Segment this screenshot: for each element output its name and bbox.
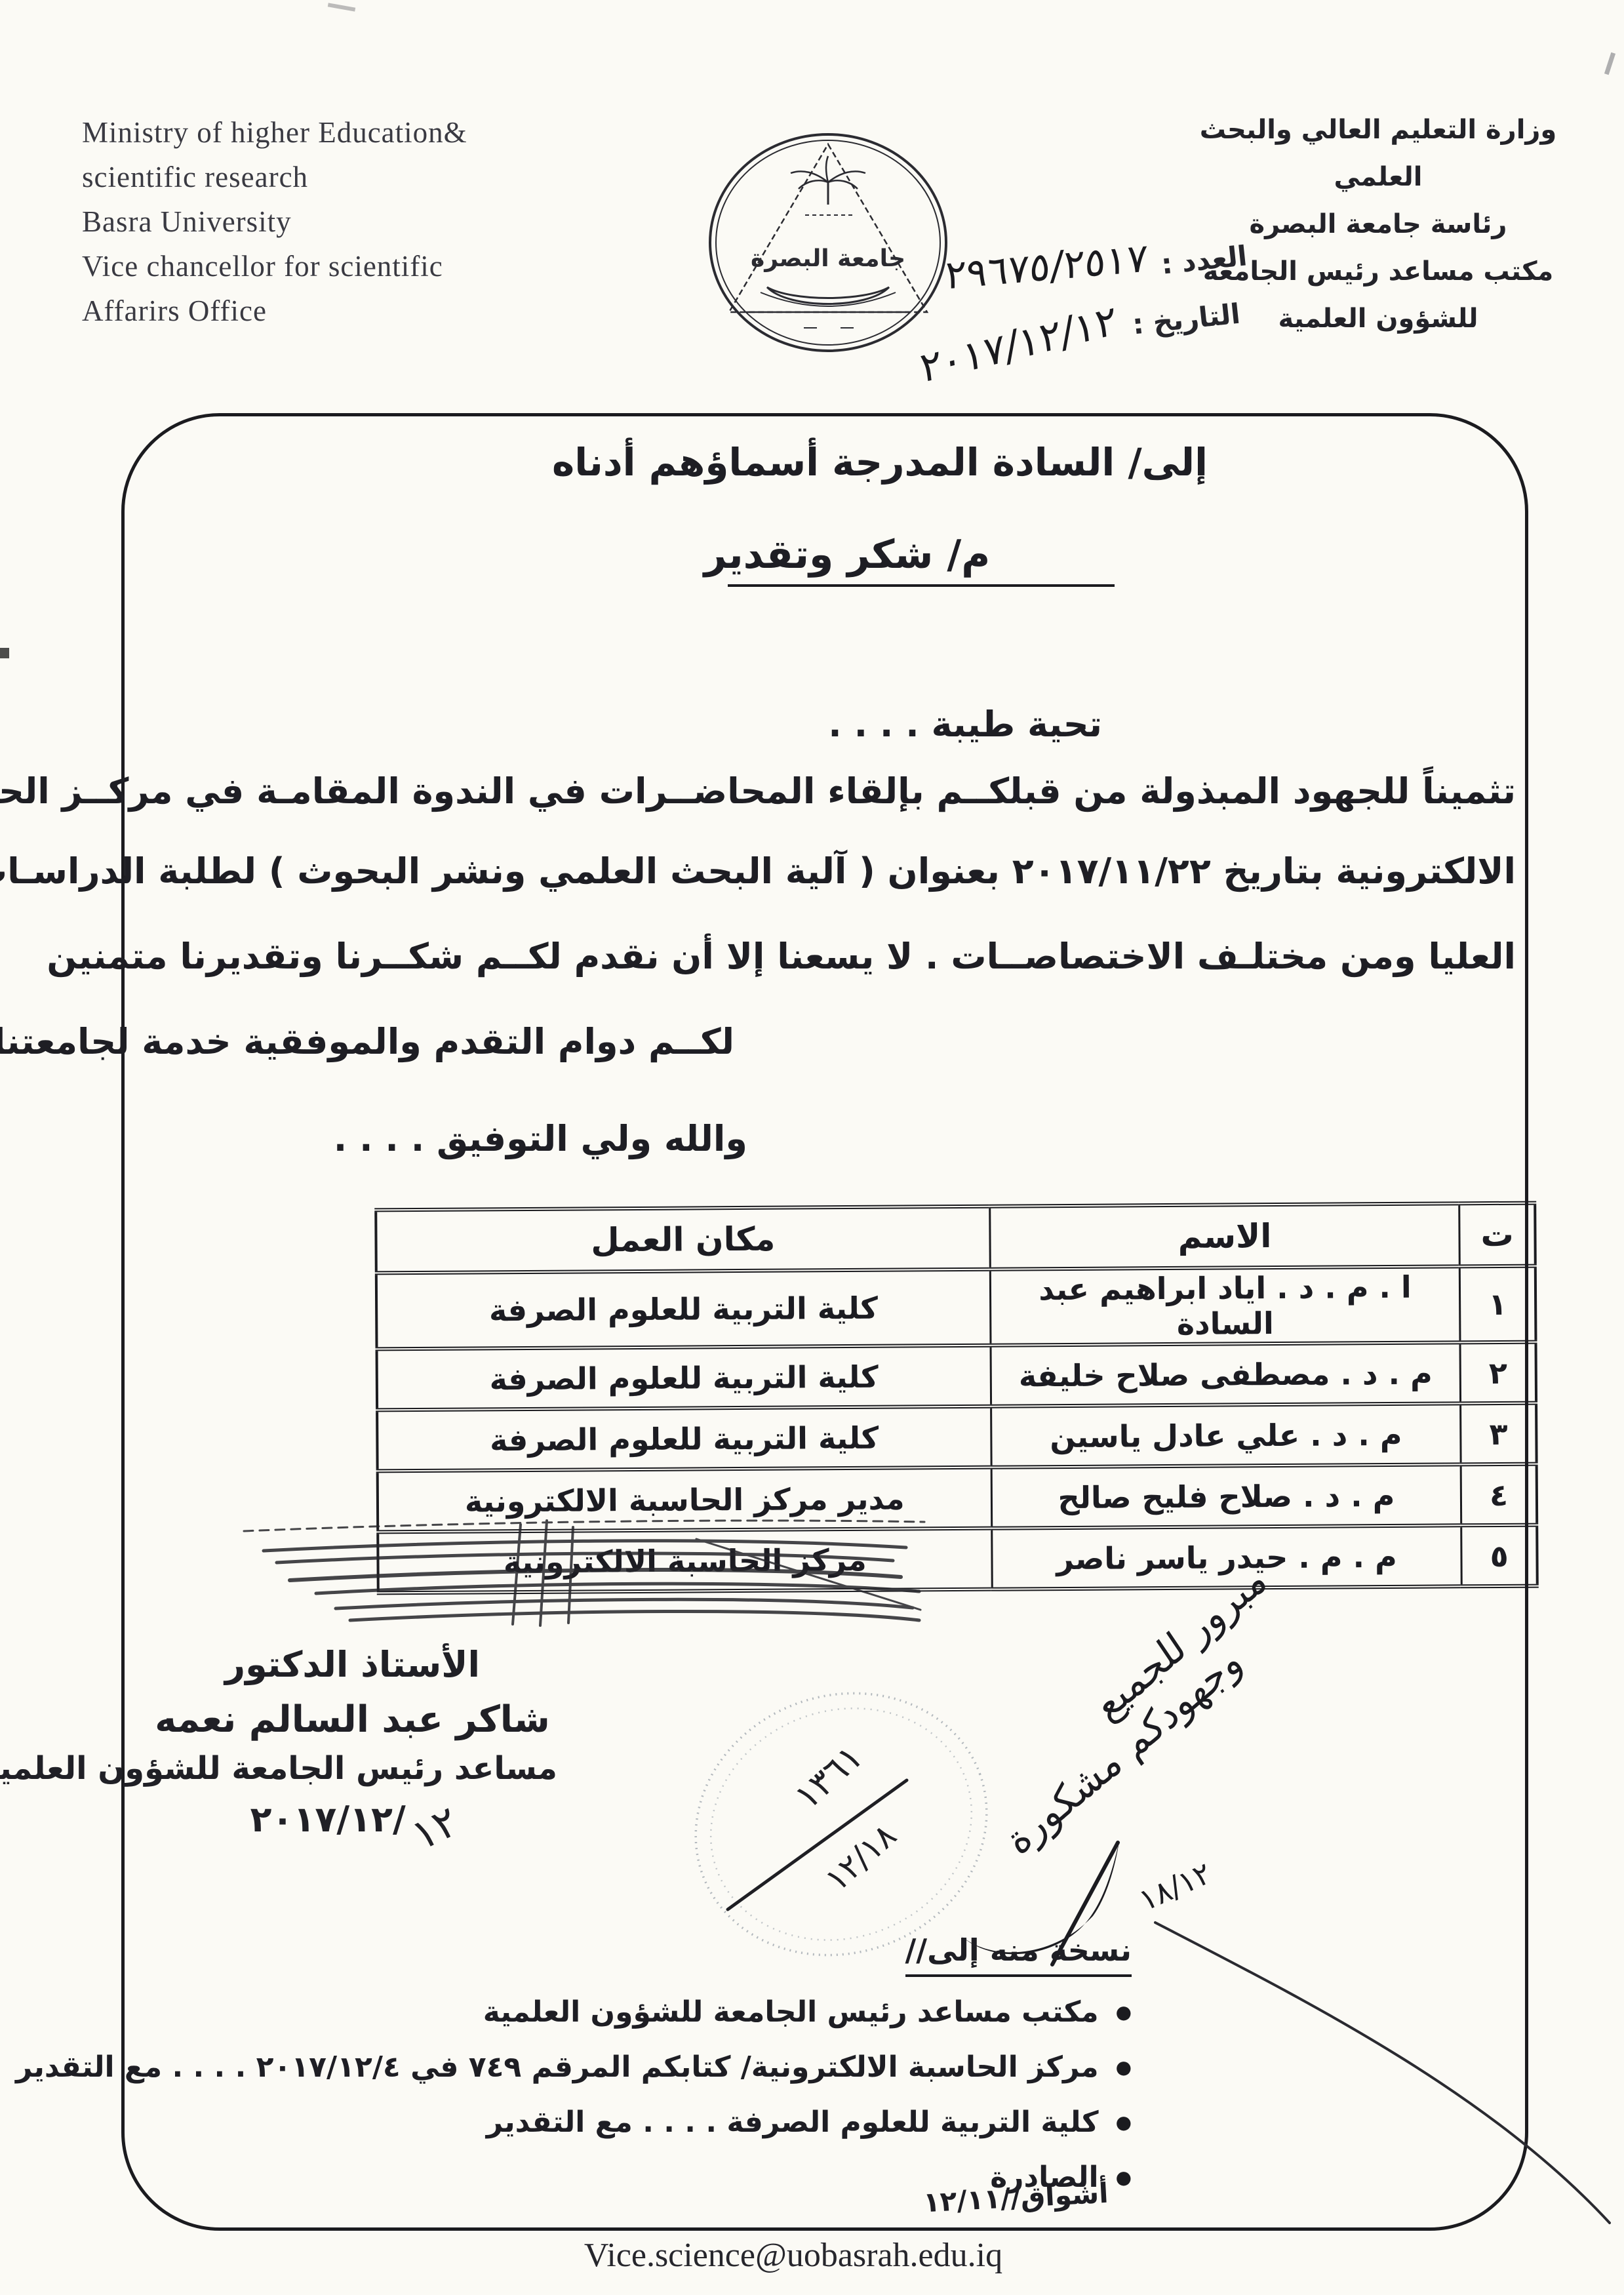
row-index: ٣ [1461, 1403, 1537, 1465]
table-row: ٣ م . د . علي عادل ياسين كلية التربية لل… [377, 1403, 1537, 1471]
row-name: م . د . علي عادل ياسين [991, 1403, 1461, 1467]
letter-body-line: العليا ومن مختلـف الاختصاصــات . لا يسعن… [134, 936, 1516, 977]
pen-scribble-strikeout [237, 1513, 932, 1629]
ref-date-handwritten-value: ٢٠١٧/١٢/١٢ [918, 296, 1119, 393]
logo-university-name: جامعة البصرة [751, 245, 905, 272]
english-letterhead: Ministry of higher Education& scientific… [82, 110, 620, 333]
row-name: م . د . صلاح فليح صالح [991, 1464, 1461, 1528]
cc-item-text: كلية التربية للعلوم الصرفة . . . . مع ال… [486, 2105, 1099, 2139]
signature-date: ٢٠١٧/١٢/ ١٢ [148, 1799, 557, 1847]
bullet-icon: ● [1116, 1995, 1132, 2029]
cc-label: نسخة منه إلى// [905, 1932, 1132, 1977]
cc-item: ● مركز الحاسبة الالكترونية/ كتابكم المرق… [148, 2050, 1132, 2085]
letter-body-line: تثميناً للجهود المبذولة من قبلكــم بإلقا… [134, 770, 1516, 812]
cc-item-text: مكتب مساعد رئيس الجامعة للشؤون العلمية [483, 1995, 1099, 2029]
english-letterhead-line: Basra University [82, 199, 620, 244]
row-index: ٥ [1461, 1525, 1537, 1587]
bullet-icon: ● [1116, 2105, 1132, 2140]
signature-date-printed: ٢٠١٧/١٢/ [250, 1799, 406, 1840]
scanned-official-letter: Ministry of higher Education& scientific… [0, 0, 1624, 2295]
table-row: ١ ا . م . د . اياد ابراهيم عبد السادة كل… [376, 1266, 1536, 1349]
column-header-workplace: مكان العمل [376, 1207, 990, 1273]
letter-body-line: الالكترونية بتاريخ ٢٠١٧/١١/٢٢ بعنوان ( آ… [134, 850, 1516, 892]
stamp-handwritten-number-bottom: ١٢/١٨ [818, 1816, 903, 1899]
ref-number-row: العدد : ٢٩٦٧٥/٢٥١٧ [945, 244, 1247, 290]
row-name: ا . م . د . اياد ابراهيم عبد السادة [990, 1266, 1460, 1345]
ref-number-label: العدد : [1160, 239, 1249, 280]
university-seal-logo: جامعة البصرة [707, 131, 949, 357]
arabic-letterhead-line: وزارة التعليم العالي والبحث العلمي [1155, 106, 1601, 201]
footer-email: Vice.science@uobasrah.edu.iq [564, 2236, 1023, 2275]
signer-name: شاكر عبد السالم نعمه [148, 1698, 557, 1741]
row-workplace: كلية التربية للعلوم الصرفة [377, 1407, 991, 1471]
row-index: ٢ [1460, 1342, 1536, 1404]
pen-flourish-curve-icon [1147, 1915, 1619, 2229]
letter-body-line: لكــم دوام التقدم والموفقية خدمة لجامعتن… [157, 1021, 734, 1062]
signer-position: مساعد رئيس الجامعة للشؤون العلمية [148, 1750, 557, 1787]
scan-artifact [328, 3, 355, 11]
signature-block: الأستاذ الدكتور شاكر عبد السالم نعمه مسا… [148, 1644, 557, 1847]
english-letterhead-line: Vice chancellor for scientific [82, 244, 620, 289]
signature-date-handwritten-day: ١٢ [404, 1797, 465, 1861]
handwritten-received-date: ١٨/١٢ [1134, 1855, 1216, 1918]
scan-artifact [0, 648, 9, 658]
ref-date-label: التاريخ : [1131, 298, 1242, 341]
row-index: ١ [1460, 1266, 1536, 1343]
column-header-index: ت [1459, 1203, 1535, 1267]
letter-addressee-line: إلى/ السادة المدرجة أسماؤهم أدناه [180, 440, 1580, 485]
round-stamp-icon: ١٣٦١ ١٢/١٨ [687, 1683, 995, 1965]
letter-frame-border: إلى/ السادة المدرجة أسماؤهم أدناه م/ شكر… [121, 413, 1528, 2231]
letter-closing-line: والله ولي التوفيق . . . . [472, 1118, 747, 1159]
cc-item: ● مكتب مساعد رئيس الجامعة للشؤون العلمية [148, 1995, 1132, 2029]
table-header-row: ت الاسم مكان العمل [376, 1203, 1535, 1273]
row-workplace: كلية التربية للعلوم الصرفة [377, 1346, 991, 1410]
ref-number-handwritten-value: ٢٩٦٧٥/٢٥١٧ [945, 235, 1148, 298]
row-name: م . د . مصطفى صلاح خليفة [991, 1342, 1461, 1406]
stamp-handwritten-number-top: ١٣٦١ [787, 1736, 871, 1817]
column-header-name: الاسم [989, 1203, 1459, 1269]
signer-academic-title: الأستاذ الدكتور [148, 1644, 557, 1685]
bullet-icon: ● [1116, 2050, 1132, 2085]
table-row: ٢ م . د . مصطفى صلاح خليفة كلية التربية … [377, 1342, 1537, 1410]
receipt-stamp: ١٣٦١ ١٢/١٨ [687, 1683, 995, 1968]
english-letterhead-line: scientific research [82, 155, 620, 199]
cc-item: ● كلية التربية للعلوم الصرفة . . . . مع … [148, 2105, 1132, 2140]
university-seal-icon: جامعة البصرة [707, 131, 949, 354]
cc-distribution-block: نسخة منه إلى// ● مكتب مساعد رئيس الجامعة… [148, 1932, 1132, 2216]
letter-subject-line: م/ شكر وتقدير [147, 532, 1547, 578]
ref-date-row: التاريخ : ٢٠١٧/١٢/١٢ [917, 303, 1240, 368]
row-workplace: كلية التربية للعلوم الصرفة [376, 1269, 991, 1349]
row-index: ٤ [1461, 1464, 1537, 1526]
letter-greeting: تحية طيبة . . . . [828, 704, 1102, 745]
arabic-letterhead-line: رئاسة جامعة البصرة [1155, 201, 1601, 248]
english-letterhead-line: Ministry of higher Education& [82, 110, 620, 155]
bullet-icon: ● [1116, 2161, 1132, 2195]
scan-artifact [1604, 52, 1615, 75]
cc-item-text: مركز الحاسبة الالكترونية/ كتابكم المرقم … [16, 2050, 1099, 2084]
subject-underline [728, 584, 1115, 587]
english-letterhead-line: Affarirs Office [82, 289, 620, 333]
